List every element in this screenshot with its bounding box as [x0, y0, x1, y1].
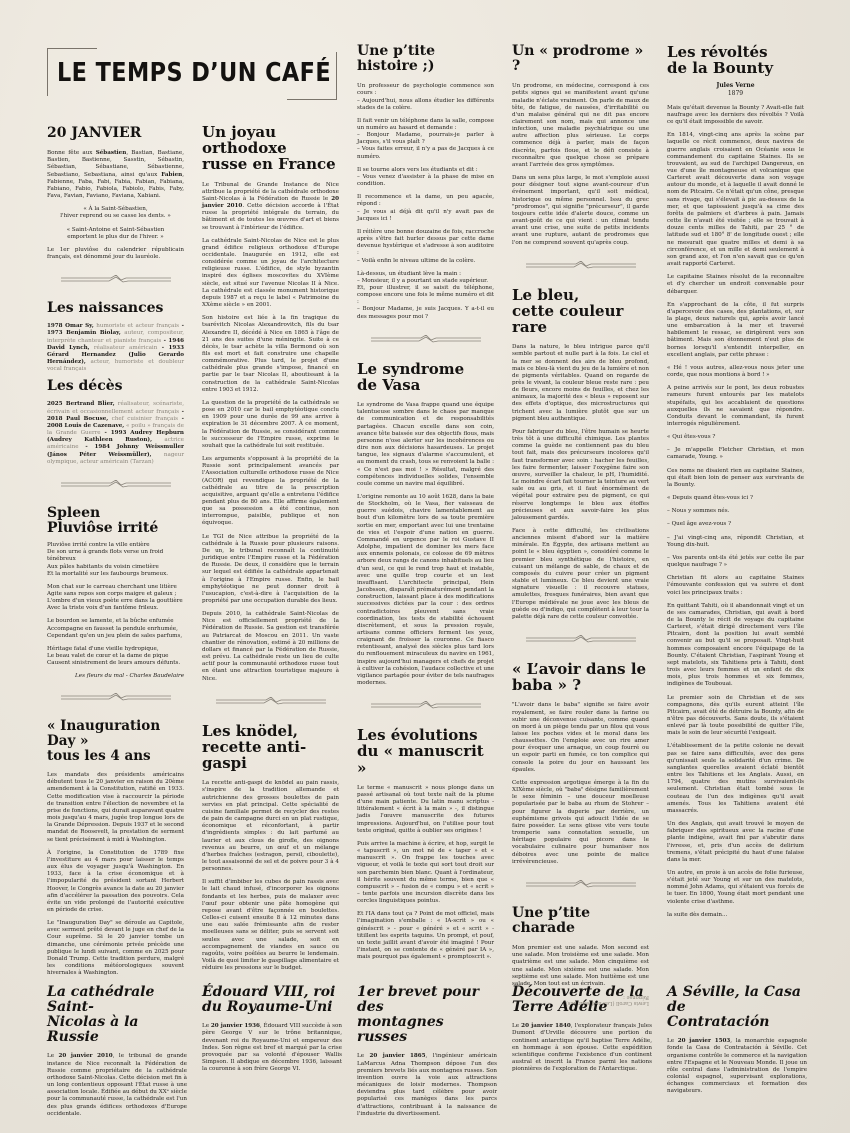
article-title: Une p’tite charade	[512, 906, 649, 936]
article-paragraph: L'origine remonte au 10 août 1628, dans …	[357, 494, 494, 687]
joyau-article: Un joyau orthodoxerusse en France Le Tri…	[202, 124, 339, 683]
masthead-title: LE TEMPS D’UN CAFÉ	[57, 58, 331, 88]
masthead: LE TEMPS D’UN CAFÉ	[47, 46, 337, 100]
article-paragraph: – Vos parents ont-ils été jetés sur cett…	[667, 555, 804, 569]
divider-ornament	[61, 275, 171, 283]
article-title: 1er brevet pour desmontagnes russes	[357, 985, 497, 1045]
death-name: 2008 Louis de Cazenave,	[47, 423, 124, 429]
article-paragraph: Christian fit alors au capitaine Staines…	[667, 575, 804, 596]
article-paragraph: "L'avoir dans le baba" signifie se faire…	[512, 702, 649, 774]
divider-ornament	[526, 261, 636, 269]
article-paragraph: Le syndrome de Vasa frappe quand une équ…	[357, 402, 494, 488]
baba-article: « L’avoir dans lebaba » ? "L'avoir dans …	[512, 661, 649, 866]
article-paragraph: la suite dès demain...	[667, 912, 804, 919]
article-paragraph: La question de la propriété de la cathéd…	[202, 400, 339, 450]
divider-ornament	[61, 480, 171, 488]
article-paragraph: Le Tribunal de Grande Instance de Nice a…	[202, 182, 339, 232]
divider-ornament	[526, 635, 636, 643]
article-paragraph: Le terme « manuscrit » nous plonge dans …	[357, 785, 494, 835]
inauguration-article: « Inauguration Day »tous les 4 ans Les m…	[47, 719, 184, 977]
birth-description: humoriste et acteur français	[94, 323, 179, 329]
article-paragraph: Le TGI de Nice attribue la propriété de …	[202, 534, 339, 606]
article-paragraph: Un autre, en proie à un accès de folie f…	[667, 870, 804, 906]
article-paragraph: La recette anti-gaspi de knödel au pain …	[202, 780, 339, 873]
article-paragraph: – Nous y sommes nés.	[667, 508, 804, 515]
article-paragraph: Dans un sens plus large, le mot s'emploi…	[512, 175, 649, 247]
article-paragraph: Il recommence et la dame, un peu agacée,…	[357, 194, 494, 223]
date-title: 20 JANVIER	[47, 126, 184, 141]
spleen-poem: SpleenPluviôse irrité Pluviôse irrité co…	[47, 506, 184, 680]
article-paragraph: – J'ai vingt-cinq ans, répondit Christia…	[667, 535, 804, 549]
birth-description: réalisateur américain	[90, 345, 158, 351]
republican-calendar: Le 1er pluviôse du calendrier républicai…	[47, 247, 184, 261]
article-title: Découverte de laTerre Adélie	[512, 985, 652, 1015]
manuscrit-article: Les évolutionsdu « manuscrit » Le terme …	[357, 727, 494, 961]
article-paragraph: Mais qu'était devenue la Bounty ? Avait-…	[667, 105, 804, 126]
histoire-article: Une p’tite histoire ;) Un professeur de …	[357, 44, 494, 321]
poem-stanza: Mon chat sur le carreau cherchant une li…	[47, 584, 184, 613]
byline: Jules Verne1879	[667, 82, 804, 96]
poem-stanza: Le bourdon se lamente, et la bûche enfum…	[47, 618, 184, 639]
column-5: Les révoltésde la Bounty Jules Verne1879…	[667, 44, 804, 925]
article-paragraph: En s'approchant de la côte, il fut surpr…	[667, 302, 804, 359]
article-paragraph: « Qui êtes-vous ?	[667, 434, 804, 441]
saints-list: Bonne fête aux Sébastien, Bastian, Basti…	[47, 150, 184, 200]
poem-stanza: Pluviôse irrité contre la ville entièreD…	[47, 542, 184, 578]
column-4: Un « prodrome » ? Un prodrome, en médeci…	[512, 44, 649, 1006]
date-section: 20 JANVIER Bonne fête aux Sébastien, Bas…	[47, 126, 184, 261]
article-paragraph: Puis arrive la machine à écrire, et hop,…	[357, 841, 494, 905]
article-paragraph: Un prodrome, en médecine, correspond à c…	[512, 83, 649, 169]
article-paragraph: Un professeur de psychologie commence so…	[357, 83, 494, 112]
column-1: 20 JANVIER Bonne fête aux Sébastien, Bas…	[47, 126, 184, 983]
article-paragraph: Depuis 2010, la cathédrale Saint-Nicolas…	[202, 611, 339, 683]
divider-ornament	[216, 697, 326, 705]
deaths-title: Les décès	[47, 379, 184, 394]
ephemeris-article: A Séville, la Casa deContrataciónLe 20 j…	[667, 985, 807, 1102]
column-3: Une p’tite histoire ;) Un professeur de …	[357, 44, 494, 967]
article-title: Le syndromede Vasa	[357, 361, 494, 393]
article-paragraph: En quittant Tahiti, où il abandonnait vi…	[667, 603, 804, 689]
article-paragraph: Le 20 janvier 1840, l'explorateur frança…	[512, 1023, 652, 1073]
article-paragraph: Le 20 janvier 1865, l'ingénieur américai…	[357, 1053, 497, 1117]
divider-ornament	[61, 693, 171, 701]
article-paragraph: La cathédrale Saint-Nicolas de Nice est …	[202, 238, 339, 310]
article-paragraph: Il se tourne alors vers les étudiants et…	[357, 167, 494, 188]
ephemeris-article: La cathédrale Saint-Nicolas à la RussieL…	[47, 985, 187, 1124]
article-title: La cathédrale Saint-Nicolas à la Russie	[47, 985, 187, 1045]
births-section: Les naissances 1978 Omar Sy, humoriste e…	[47, 301, 184, 373]
bleu-article: Le bleu,cette couleur rare Dans la natur…	[512, 287, 649, 621]
prodrome-article: Un « prodrome » ? Un prodrome, en médeci…	[512, 44, 649, 247]
article-paragraph: Le 20 janvier 1936, Édouard VIII succède…	[202, 1023, 342, 1073]
article-title: Les évolutionsdu « manuscrit »	[357, 727, 494, 776]
article-title: A Séville, la Casa deContratación	[667, 985, 807, 1030]
ephemeris-article: Découverte de laTerre AdélieLe 20 janvie…	[512, 985, 652, 1079]
article-paragraph: – Quel âge avez-vous ?	[667, 521, 804, 528]
article-paragraph: « Hé ! vous autres, allez-vous nous jete…	[667, 365, 804, 379]
newspaper-page: LE TEMPS D’UN CAFÉ 20 JANVIER Bonne fête…	[0, 0, 850, 1133]
article-paragraph: Et l'IA dans tout ça ? Point de mot offi…	[357, 911, 494, 961]
article-paragraph: Face à cette difficulté, les civilisatio…	[512, 528, 649, 621]
article-title: « L’avoir dans lebaba » ?	[512, 661, 649, 693]
birth-name: 1978 Omar Sy,	[47, 323, 94, 329]
death-description: chef cuisinier français	[108, 416, 178, 422]
death-name: 2025 Bertrand Blier,	[47, 401, 115, 407]
death-name: 2018 Paul Bocuse,	[47, 416, 108, 422]
article-title: Une p’tite histoire ;)	[357, 44, 494, 74]
births-title: Les naissances	[47, 301, 184, 316]
article-paragraph: Le capitaine Staines résolut de la recon…	[667, 274, 804, 295]
births-list: 1978 Omar Sy, humoriste et acteur frança…	[47, 323, 184, 373]
ephemeris-article: 1er brevet pour desmontagnes russesLe 20…	[357, 985, 497, 1124]
divider-ornament	[371, 335, 481, 343]
article-title: Les révoltésde la Bounty	[667, 44, 804, 76]
deaths-list: 2025 Bertrand Blier, réalisateur, scénar…	[47, 401, 184, 465]
article-title: « Inauguration Day »tous les 4 ans	[47, 719, 184, 763]
article-paragraph: Le 20 janvier 1503, la monarchie espagno…	[667, 1038, 807, 1095]
article-paragraph: À l'origine, la Constitution de 1789 fix…	[47, 850, 184, 914]
article-paragraph: Dans la nature, le bleu intrigue parce q…	[512, 344, 649, 423]
article-title: Le bleu,cette couleur rare	[512, 287, 649, 336]
article-paragraph: Il réitère une bonne douzaine de fois, r…	[357, 229, 494, 265]
proverb: « Saint-Antoine et Saint-Sébastienemport…	[47, 227, 184, 241]
article-title: Édouard VIII, roidu Royaume-Uni	[202, 985, 342, 1015]
article-paragraph: A peine arrivés sur le pont, les deux ro…	[667, 385, 804, 428]
column-2: Un joyau orthodoxerusse en France Le Tri…	[202, 124, 339, 978]
charade-text: Mon premier est une salade. Mon second e…	[512, 945, 649, 988]
article-paragraph: L'établissement de la petite colonie ne …	[667, 743, 804, 815]
article-paragraph: Cette expression argotique émerge à la f…	[512, 780, 649, 866]
ephemeris-article: Édouard VIII, roidu Royaume-UniLe 20 jan…	[202, 985, 342, 1079]
article-title: Les knödel,recette anti-gaspi	[202, 723, 339, 772]
poem-title: SpleenPluviôse irrité	[47, 506, 184, 536]
article-paragraph: – Je m'appelle Fletcher Christian, et mo…	[667, 447, 804, 461]
article-paragraph: En 1814, vingt-cinq ans après la scène p…	[667, 132, 804, 268]
article-paragraph: « Depuis quand êtes-vous ici ?	[667, 495, 804, 502]
article-paragraph: Le 20 janvier 2010, le tribunal de grand…	[47, 1053, 187, 1117]
article-paragraph: Pour fabriquer du bleu, l'être humain se…	[512, 429, 649, 522]
proverb: « À la Saint-Sébastien,l'hiver reprend o…	[47, 206, 184, 220]
article-title: Un joyau orthodoxerusse en France	[202, 124, 339, 173]
bounty-story: Les révoltésde la Bounty Jules Verne1879…	[667, 44, 804, 919]
poem-signature: Les fleurs du mal - Charles Baudelaire	[47, 673, 184, 679]
article-paragraph: Les arguments s'opposant à la propriété …	[202, 456, 339, 528]
article-paragraph: Le premier soin de Christian et de ses c…	[667, 695, 804, 738]
article-paragraph: Le "Inauguration Day" se déroule au Capi…	[47, 920, 184, 977]
article-paragraph: Les mandats des présidents américains dé…	[47, 772, 184, 844]
article-paragraph: Il fait venir un téléphone dans la salle…	[357, 118, 494, 161]
knodel-article: Les knödel,recette anti-gaspi La recette…	[202, 723, 339, 973]
article-paragraph: Il suffit d'imbiber les cubes de pain ra…	[202, 879, 339, 972]
deaths-section: Les décès 2025 Bertrand Blier, réalisate…	[47, 379, 184, 466]
article-body: Un professeur de psychologie commence so…	[357, 83, 494, 321]
article-paragraph: Son histoire est liée à la fin tragique …	[202, 315, 339, 394]
article-paragraph: Ces noms ne disaient rien au capitaine S…	[667, 468, 804, 489]
story-body: Mais qu'était devenue la Bounty ? Avait-…	[667, 105, 804, 919]
vasa-article: Le syndromede Vasa Le syndrome de Vasa f…	[357, 361, 494, 687]
birth-name: 1973 Benjamin Biolay,	[47, 330, 121, 336]
article-paragraph: Un des Anglais, qui avait trouvé le moye…	[667, 821, 804, 864]
divider-ornament	[371, 701, 481, 709]
poem-stanzas: Pluviôse irrité contre la ville entièreD…	[47, 542, 184, 667]
divider-ornament	[526, 880, 636, 888]
article-title: Un « prodrome » ?	[512, 44, 649, 74]
article-paragraph: Là-dessus, un étudiant lève la main : – …	[357, 271, 494, 321]
poem-stanza: Héritage fatal d'une vieille hydropique,…	[47, 646, 184, 667]
